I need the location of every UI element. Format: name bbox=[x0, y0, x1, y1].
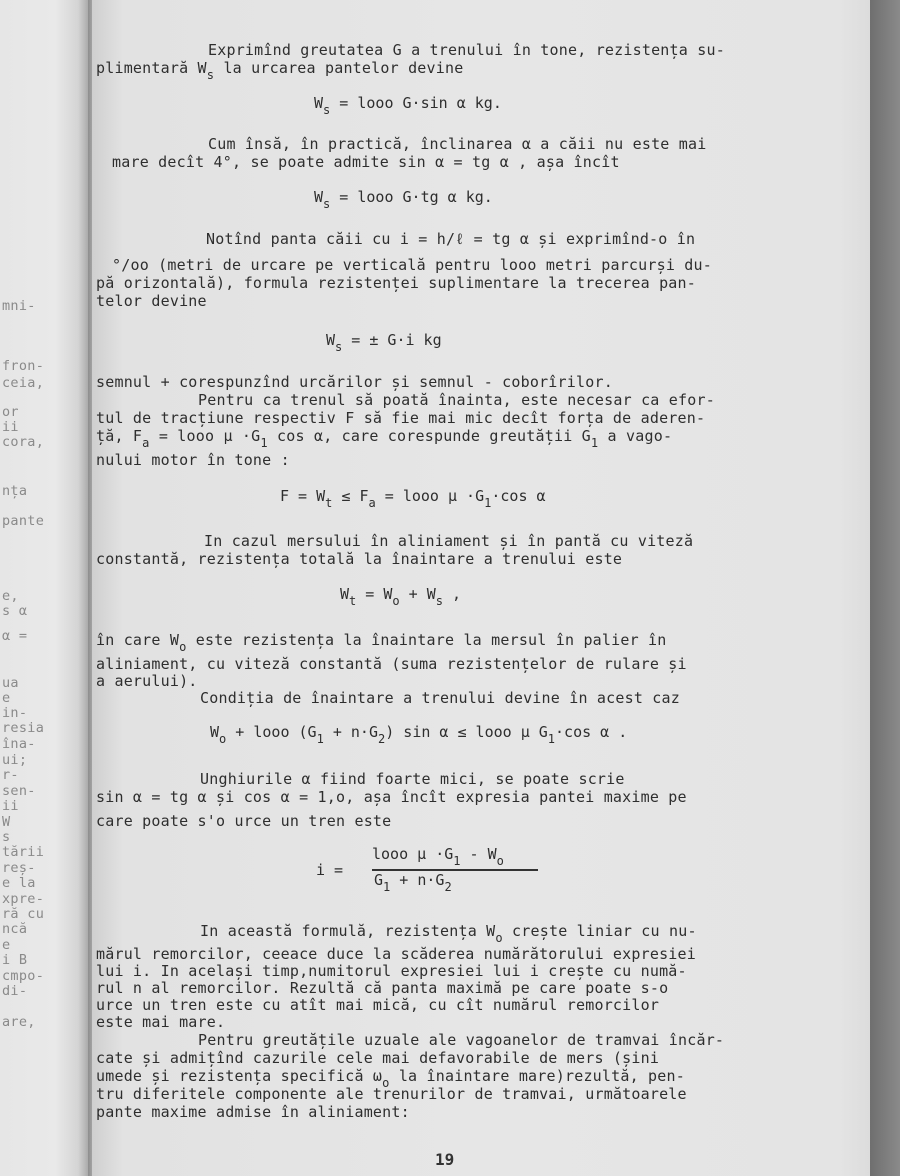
facing-page-text-fragment: W bbox=[2, 814, 10, 830]
facing-page-text-fragment: r- bbox=[2, 767, 19, 783]
paragraph-line: cate și admițînd cazurile cele mai defav… bbox=[96, 1049, 659, 1067]
facing-page-text-fragment: resia bbox=[2, 720, 44, 736]
facing-page-text-fragment: ră cu bbox=[2, 906, 44, 922]
binding-edge bbox=[870, 0, 900, 1176]
facing-page-text-fragment: sen- bbox=[2, 783, 36, 799]
facing-page-text-fragment: ui; bbox=[2, 752, 27, 768]
facing-page-text-fragment: ii bbox=[2, 798, 19, 814]
paragraph-line: umede și rezistența specifică ωo la înai… bbox=[96, 1067, 685, 1085]
paragraph-line: ță, Fa = looo μ ·G1 cos α, care corespun… bbox=[96, 427, 672, 445]
paragraph-line: aliniament, cu viteză constantă (suma re… bbox=[96, 655, 687, 673]
facing-page-text-fragment: s bbox=[2, 829, 10, 845]
document-page: Exprimînd greutatea G a trenului în tone… bbox=[92, 0, 870, 1176]
fraction-denominator: G1 + n·G2 bbox=[374, 871, 452, 889]
paragraph-line: sin α = tg α și cos α = 1,o, așa încît e… bbox=[96, 788, 687, 806]
facing-page-text-fragment: in- bbox=[2, 705, 27, 721]
facing-page-text-fragment: reș- bbox=[2, 860, 36, 876]
formula-ws-tg: Ws = looo G·tg α kg. bbox=[314, 187, 493, 207]
paragraph-line: Condiția de înaintare a trenului devine … bbox=[200, 689, 680, 707]
paragraph-line: mare decît 4°, se poate admite sin α = t… bbox=[112, 153, 620, 171]
paragraph-line: Exprimînd greutatea G a trenului în tone… bbox=[208, 41, 725, 59]
paragraph-line: în care Wo este rezistența la înaintare … bbox=[96, 631, 667, 649]
formula-max-slope-fraction: looo μ ·G1 - Wo G1 + n·G2 bbox=[372, 845, 542, 895]
paragraph-line: pă orizontală), formula rezistenței supl… bbox=[96, 274, 696, 292]
paragraph-line: care poate s'o urce un tren este bbox=[96, 812, 391, 830]
fraction-numerator: looo μ ·G1 - Wo bbox=[372, 845, 504, 863]
formula-max-slope-lhs: i = bbox=[316, 860, 343, 880]
paragraph-line: mărul remorcilor, ceeace duce la scădere… bbox=[96, 945, 696, 963]
paragraph-line: semnul + corespunzînd urcărilor și semnu… bbox=[96, 373, 613, 391]
formula-adhesion-condition: F = Wt ≤ Fa = looo μ ·G1·cos α bbox=[280, 486, 546, 506]
facing-page-text-fragment: ii bbox=[2, 419, 19, 435]
facing-page-text-fragment: xpre- bbox=[2, 891, 44, 907]
facing-page-text-fragment: ceia, bbox=[2, 375, 44, 391]
paragraph-line: Cum însă, în practică, înclinarea α a că… bbox=[208, 135, 706, 153]
facing-page-text-fragment: nța bbox=[2, 483, 27, 499]
facing-page-text-fragment: α = bbox=[2, 628, 27, 644]
facing-page-text-fragment: pante bbox=[2, 513, 44, 529]
paragraph-line: tul de tracțiune respectiv F să fie mai … bbox=[96, 409, 705, 427]
formula-total-resistance: Wt = Wo + Ws , bbox=[340, 584, 461, 604]
page-number: 19 bbox=[435, 1150, 454, 1169]
facing-page-text-fragment: e bbox=[2, 690, 10, 706]
paragraph-line: tru diferitele componente ale trenurilor… bbox=[96, 1085, 687, 1103]
paragraph-line: In cazul mersului în aliniament și în pa… bbox=[204, 532, 693, 550]
facing-page-text-fragment: ncă bbox=[2, 921, 27, 937]
facing-page-text-fragment: di- bbox=[2, 983, 27, 999]
facing-page-text-fragment: s α bbox=[2, 603, 27, 619]
paragraph-line: rul n al remorcilor. Rezultă că panta ma… bbox=[96, 979, 668, 997]
facing-page-text-fragment: are, bbox=[2, 1014, 36, 1030]
facing-page-text-fragment: i B bbox=[2, 952, 27, 968]
paragraph-line: nului motor în tone : bbox=[96, 451, 290, 469]
formula-ws-sin: Ws = looo G·sin α kg. bbox=[314, 93, 502, 113]
facing-page-text-fragment: cora, bbox=[2, 434, 44, 450]
paragraph-line: telor devine bbox=[96, 292, 207, 310]
paragraph-line: Unghiurile α fiind foarte mici, se poate… bbox=[200, 770, 625, 788]
paragraph-line: constantă, rezistența totală la înaintar… bbox=[96, 550, 622, 568]
facing-page-strip: mni- fron-ceia,oriicora,nța pantee,s α α… bbox=[0, 0, 92, 1176]
paragraph-line: pante maxime admise în aliniament: bbox=[96, 1103, 410, 1121]
facing-page-text-fragment: e, bbox=[2, 588, 19, 604]
paragraph-line: lui i. In același timp,numitorul expresi… bbox=[96, 962, 687, 980]
paragraph-line: este mai mare. bbox=[96, 1013, 225, 1031]
facing-page-text-fragment: mni- bbox=[2, 298, 36, 314]
paragraph-line: Pentru ca trenul să poată înainta, este … bbox=[198, 391, 715, 409]
facing-page-text-fragment: fron- bbox=[2, 358, 44, 374]
facing-page-text-fragment: e bbox=[2, 937, 10, 953]
paragraph-line: a aerului). bbox=[96, 672, 198, 690]
facing-page-text-fragment: ua bbox=[2, 675, 19, 691]
paragraph-line: Notînd panta căii cu i = h/ℓ = tg α și e… bbox=[206, 230, 695, 248]
paragraph-line: plimentară Ws la urcarea pantelor devine bbox=[96, 59, 463, 77]
facing-page-text-fragment: cmpo- bbox=[2, 968, 44, 984]
facing-page-text-fragment: tării bbox=[2, 844, 44, 860]
formula-ws-gi: Ws = ± G·i kg bbox=[326, 330, 442, 350]
paragraph-line: urce un tren este cu atît mai mică, cu c… bbox=[96, 996, 659, 1014]
paragraph-line: Pentru greutățile uzuale ale vagoanelor … bbox=[198, 1031, 724, 1049]
paragraph-line: °/oo (metri de urcare pe verticală pentr… bbox=[112, 256, 712, 274]
facing-page-text-fragment: e la bbox=[2, 875, 36, 891]
formula-advance-condition: Wo + looo (G1 + n·G2) sin α ≤ looo μ G1·… bbox=[210, 722, 627, 742]
facing-page-text-fragment: îna- bbox=[2, 736, 36, 752]
facing-page-text-fragment: or bbox=[2, 404, 19, 420]
paragraph-line: In această formulă, rezistența Wo crește… bbox=[200, 922, 697, 940]
